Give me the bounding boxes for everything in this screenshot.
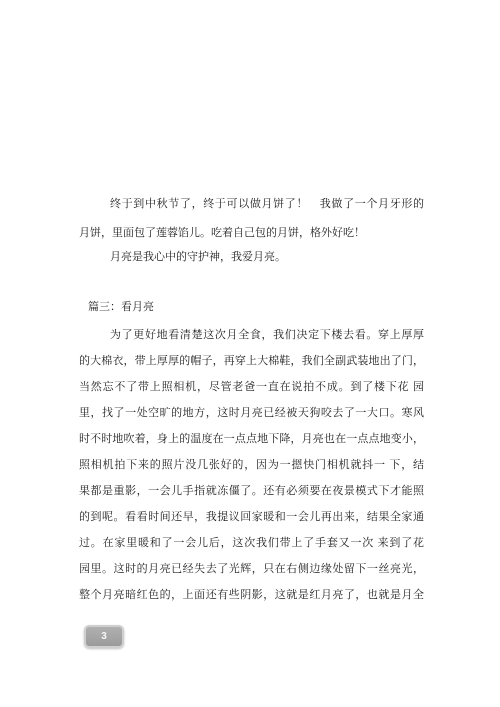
body-text-line: 整个月亮暗红色的，上面还有些阴影，这就是红月亮了，也就是月全: [79, 582, 424, 608]
body-text-line: 当然忘不了带上照相机，尽管老爸一直在说拍不成。到了楼下花 园: [79, 374, 424, 400]
body-text-line: 时不时地吹着，身上的温度在一点点地下降，月亮也在一点点地变小，: [79, 426, 424, 452]
body-text-line: 终于到中秋节了，终于可以做月饼了！ 我做了一个月牙形的: [79, 190, 424, 219]
body-text-line: 月亮是我心中的守护神，我爱月亮。: [79, 244, 424, 270]
body-text-line: 果都是重影，一会儿手指就冻僵了。还有必须要在夜景模式下才能照: [79, 478, 424, 504]
body-text-line: 为了更好地看清楚这次月全食，我们决定下楼去看。穿上厚厚: [79, 322, 424, 348]
body-text-line: 里，找了一处空旷的地方，这时月亮已经被天狗咬去了一大口。寒风: [79, 400, 424, 426]
document-page: 终于到中秋节了，终于可以做月饼了！ 我做了一个月牙形的 月饼，里面包了莲蓉馅儿。…: [0, 0, 500, 707]
paragraph: 月亮是我心中的守护神，我爱月亮。: [79, 244, 424, 270]
paragraph: 终于到中秋节了，终于可以做月饼了！ 我做了一个月牙形的 月饼，里面包了莲蓉馅儿。…: [79, 190, 424, 248]
page-number: 3: [101, 632, 107, 642]
page-number-badge: 3: [84, 625, 124, 648]
section-heading-text: 篇三：看月亮: [79, 294, 424, 320]
body-text-line: 过。在家里暖和了一会儿后，这次我们带上了手套又一次 来到了花: [79, 530, 424, 556]
body-text-line: 的大棉衣，带上厚厚的帽子，再穿上大棉鞋，我们全副武装地出了门，: [79, 348, 424, 374]
body-text-line: 的到呢。看看时间还早，我提议回家暖和一会儿再出来，结果全家通: [79, 504, 424, 530]
section-heading: 篇三：看月亮: [79, 294, 424, 320]
body-text-line: 园里。这时的月亮已经失去了光辉，只在右侧边缘处留下一丝亮光，: [79, 556, 424, 582]
body-text-line: 照相机拍下来的照片没几张好的，因为一摁快门相机就抖一 下，结: [79, 452, 424, 478]
paragraph: 为了更好地看清楚这次月全食，我们决定下楼去看。穿上厚厚 的大棉衣，带上厚厚的帽子…: [79, 322, 424, 608]
